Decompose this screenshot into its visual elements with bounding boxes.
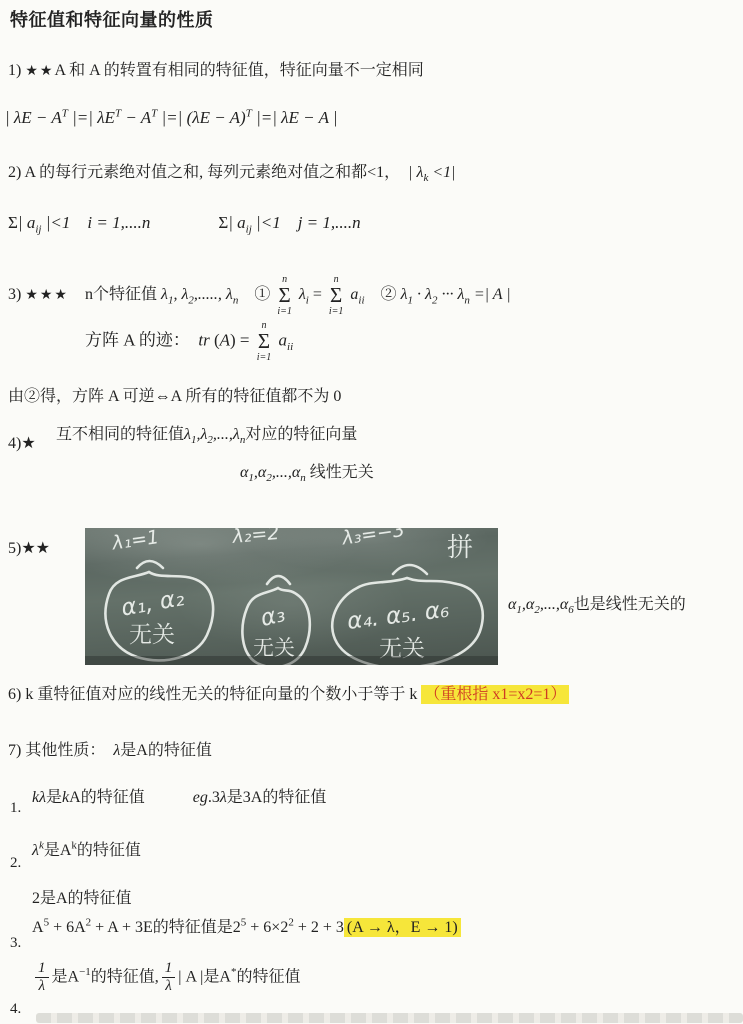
- chalk-label-pin: 拼: [447, 533, 473, 563]
- item3-trace-formula: 方阵 A 的迹： tr (A) = nΣi=1 aii: [85, 320, 293, 363]
- sub3-number: 3.: [10, 935, 21, 952]
- chalk-stem-1: [137, 561, 163, 568]
- chalk-label-lambda1: λ₁=1: [110, 528, 160, 555]
- item2-heading: 2) A 的每行元素绝对值之和, 每列元素绝对值之和都<1， | λk <1|: [8, 162, 456, 184]
- chalk-bubble2-wuguan: 无关: [253, 636, 295, 660]
- chalk-drawing: λ₁=1 λ₂=2 λ₃=−3 拼 α₁, α₂ 无关 α₃ 无关 α₄. α₅…: [85, 528, 498, 665]
- chalk-bubble3-wuguan: 无关: [379, 636, 425, 662]
- sub4-number: 4.: [10, 1001, 21, 1018]
- sub1-line: kλ是kA的特征值 eg.3λ是3A的特征值: [32, 787, 326, 809]
- sub3-line: A5 + 6A2 + A + 3E的特征值是25 + 6×22 + 2 + 3(…: [32, 917, 461, 939]
- document-page: 特征值和特征向量的性质 1) ★★A 和 A 的转置有相同的特征值，特征向量不一…: [0, 0, 743, 1024]
- item6-line: 6) k 重特征值对应的线性无关的特征向量的个数小于等于 k （重根指 x1=x…: [8, 684, 569, 706]
- chalk-bubble3-vectors: α₄. α₅. α₆: [346, 597, 451, 635]
- next-image-edge: [36, 1013, 743, 1023]
- item7-line: 7) 其他性质： λ是A的特征值: [8, 740, 212, 762]
- item3-note: 由②得，方阵 A 可逆⇔A 所有的特征值都不为 0: [8, 386, 341, 408]
- chalk-bubble1-vectors: α₁, α₂: [119, 585, 186, 622]
- item4-line1: 互不相同的特征值λ1,λ2,...,λn对应的特征向量: [56, 424, 357, 446]
- item3-heading: 3) ★★★ n个特征值 λ1, λ2,....., λn ① nΣi=1 λi…: [8, 274, 511, 317]
- sub2-extra-line: 2是A的特征值: [32, 888, 132, 910]
- page-title: 特征值和特征向量的性质: [10, 6, 214, 32]
- item5-label: 5)★★: [8, 538, 50, 560]
- chalk-stem-2: [267, 576, 290, 584]
- item1-heading: 1) ★★A 和 A 的转置有相同的特征值，特征向量不一定相同: [8, 60, 424, 82]
- sub2-number: 2.: [10, 855, 21, 872]
- item2-formula: Σ| aij |<1 i = 1,....n Σ| aij |<1 j = 1,…: [8, 212, 361, 235]
- chalk-label-lambda2: λ₂=2: [231, 528, 281, 548]
- sub4-line: 1λ是A−1的特征值,1λ| A |是A*的特征值: [32, 960, 300, 996]
- chalk-bubble2-vectors: α₃: [258, 601, 288, 632]
- sub1-number: 1.: [10, 800, 21, 817]
- blackboard-photo: λ₁=1 λ₂=2 λ₃=−3 拼 α₁, α₂ 无关 α₃ 无关 α₄. α₅…: [85, 528, 498, 665]
- sub2-line: λk是Ak的特征值: [32, 840, 141, 862]
- item4-line2: α1,α2,...,αn 线性无关: [240, 462, 374, 484]
- chalk-label-lambda3: λ₃=−3: [340, 528, 406, 550]
- item4-label: 4)★: [8, 433, 36, 455]
- item5-side-note: α1,α2,...,α6也是线性无关的: [508, 594, 686, 616]
- chalk-stem-3: [393, 565, 427, 574]
- item1-formula: | λE − AT |=| λET − AT |=| (λE − A)T |=|…: [5, 107, 338, 130]
- chalk-bubble1-wuguan: 无关: [129, 622, 175, 648]
